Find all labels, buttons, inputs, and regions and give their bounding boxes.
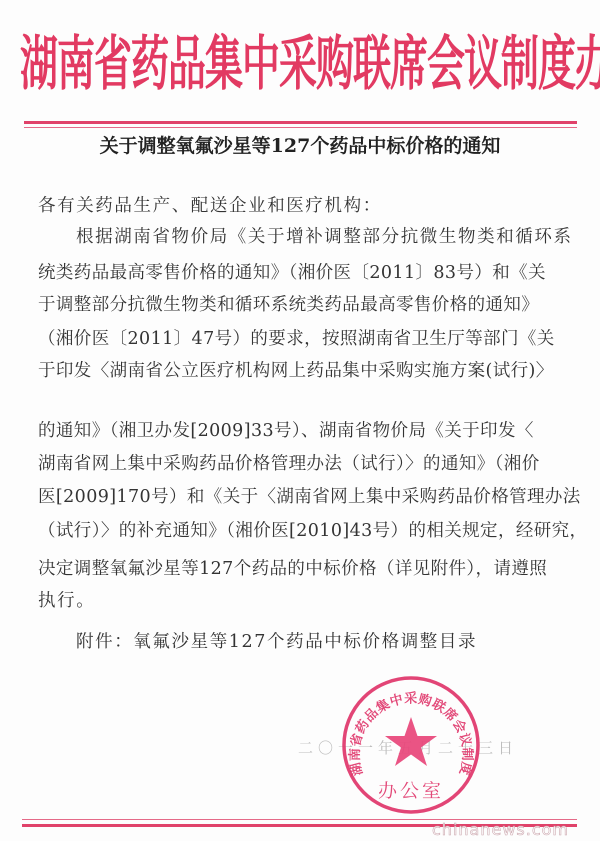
seal-center-text: 办公室 — [378, 780, 444, 802]
body-line: 根据湖南省物价局《关于增补调整部分抗微生物类和循环系 — [76, 225, 573, 249]
issuer-header: 湖南省药品集中采购联席会议制度办公室 — [20, 0, 580, 129]
header-rule-thick — [24, 121, 577, 124]
salutation: 各有关药品生产、配送企业和医疗机构： — [38, 194, 382, 218]
body-line: 于调整部分抗微生物类和循环系统类药品最高零售价格的通知》 — [38, 293, 539, 317]
watermark: chinanews.com — [432, 820, 569, 839]
body-line: 的通知》（湘卫办发[2009]33号）、湖南省物价局《关于印发〈 — [38, 419, 534, 443]
body-line: 执行。 — [38, 589, 95, 613]
body-line: 统类药品最高零售价格的通知》（湘价医〔2011〕83号）和《关 — [38, 261, 546, 285]
official-seal: 湖南省药品集中采购联席会议制度 办公室 — [339, 673, 483, 817]
header-rule-thin — [24, 127, 577, 128]
body-line: （试行）〉的补充通知》（湘价医[2010]43号）的相关规定，经研究， — [38, 519, 587, 543]
star-icon — [385, 717, 437, 766]
body-line: （湘价医〔2011〕47号）的要求，按照湖南省卫生厅等部门《关 — [38, 327, 555, 351]
document-page: 湖南省药品集中采购联席会议制度办公室 关于调整氧氟沙星等127个药品中标价格的通… — [0, 0, 600, 841]
document-title: 关于调整氧氟沙星等127个药品中标价格的通知 — [0, 133, 600, 159]
attachment-line: 附件：氧氟沙星等127个药品中标价格调整目录 — [76, 630, 477, 654]
body-line: 决定调整氧氟沙星等127个药品的中标价格（详见附件），请遵照 — [38, 557, 547, 581]
body-line: 于印发〈湖南省公立医疗机构网上药品集中采购实施方案(试行)〉 — [38, 359, 554, 383]
body-line: 湖南省网上集中采购药品价格管理办法（试行）〉的通知》（湘价 — [38, 452, 540, 476]
body-line: 医[2009]170号）和《关于〈湖南省网上集中采购药品价格管理办法 — [38, 485, 581, 509]
